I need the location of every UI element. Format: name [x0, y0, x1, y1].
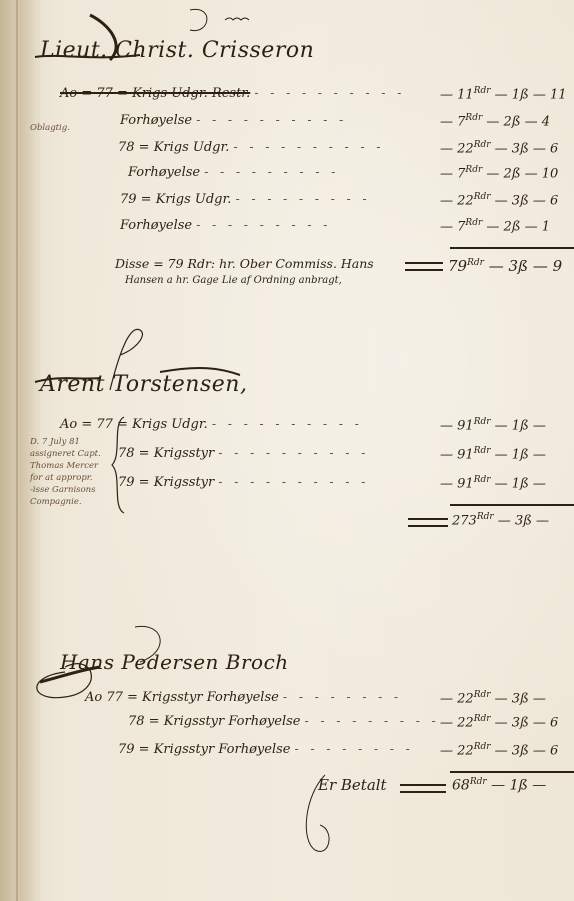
entry-label: 79 = Krigs Udgr. - - - - - - - - - — [120, 192, 371, 207]
section-note: Disse = 79 Rdr: hr. Ober Commiss. Hans — [115, 256, 374, 271]
entry-amount: — 91Rdr — 1ß — — [440, 475, 546, 491]
entry-label: 78 = Krigsstyr - - - - - - - - - - — [118, 446, 369, 461]
entry-label: 78 = Krigsstyr Forhøyelse - - - - - - - … — [128, 714, 440, 729]
entry-label: Forhøyelse - - - - - - - - - - — [120, 113, 347, 128]
entry-label: 78 = Krigs Udgr. - - - - - - - - - - — [118, 140, 384, 155]
entry-amount: — 91Rdr — 1ß — — [440, 446, 546, 462]
margin-note: D. 7 July 81 assigneret Capt. Thomas Mer… — [30, 436, 101, 508]
ledger-page: Lieut. Christ. Crisseron Oblagtig. Ao = … — [0, 0, 574, 901]
entry-amount: — 91Rdr — 1ß — — [440, 417, 546, 433]
entry-label: Forhøyelse - - - - - - - - - — [128, 165, 339, 180]
entry-label: 79 = Krigsstyr Forhøyelse - - - - - - - … — [118, 742, 414, 757]
section-note: Hansen a hr. Gage Lie af Ordning anbragt… — [125, 275, 342, 286]
section-total: 273Rdr — 3ß — — [452, 512, 549, 528]
total-equals-mark — [400, 784, 446, 793]
section-total: 68Rdr — 1ß — — [452, 777, 546, 794]
section-heading: Hans Pedersen Broch — [60, 650, 289, 674]
subtotal-rule — [450, 247, 574, 249]
entry-label: Ao = 77 = Krigs Udgr. - - - - - - - - - … — [60, 417, 363, 432]
paid-flourish-icon — [300, 770, 340, 860]
subtotal-rule — [450, 504, 574, 506]
entry-amount: — 22Rdr — 3ß — 6 — [440, 192, 558, 208]
entry-amount: — 11Rdr — 1ß — 11 — [440, 86, 567, 102]
section-heading: Arent Torstensen, — [40, 372, 247, 397]
entry-amount: — 22Rdr — 3ß — 6 — [440, 714, 558, 730]
entry-amount: — 7Rdr — 2ß — 10 — [440, 165, 558, 181]
entry-label: 79 = Krigsstyr - - - - - - - - - - — [118, 475, 369, 490]
entry-amount: — 7Rdr — 2ß — 4 — [440, 113, 550, 129]
entry-amount: — 22Rdr — 3ß — 6 — [440, 140, 558, 156]
total-equals-mark — [405, 262, 443, 271]
section-total: 79Rdr — 3ß — 9 — [448, 257, 562, 275]
binding-fold — [16, 0, 18, 901]
margin-note: Oblagtig. — [30, 122, 70, 134]
entry-amount: — 22Rdr — 3ß — — [440, 690, 546, 706]
entry-amount: — 22Rdr — 3ß — 6 — [440, 742, 558, 758]
entry-label: Ao = 77 = Krigs Udgr. Restr. - - - - - -… — [60, 86, 405, 101]
section-heading: Lieut. Christ. Crisseron — [40, 38, 314, 63]
entry-amount: — 7Rdr — 2ß — 1 — [440, 218, 550, 234]
subtotal-rule — [450, 771, 574, 773]
entry-label: Forhøyelse - - - - - - - - - — [120, 218, 331, 233]
total-equals-mark — [408, 518, 448, 527]
entry-label: Ao 77 = Krigsstyr Forhøyelse - - - - - -… — [85, 690, 402, 705]
